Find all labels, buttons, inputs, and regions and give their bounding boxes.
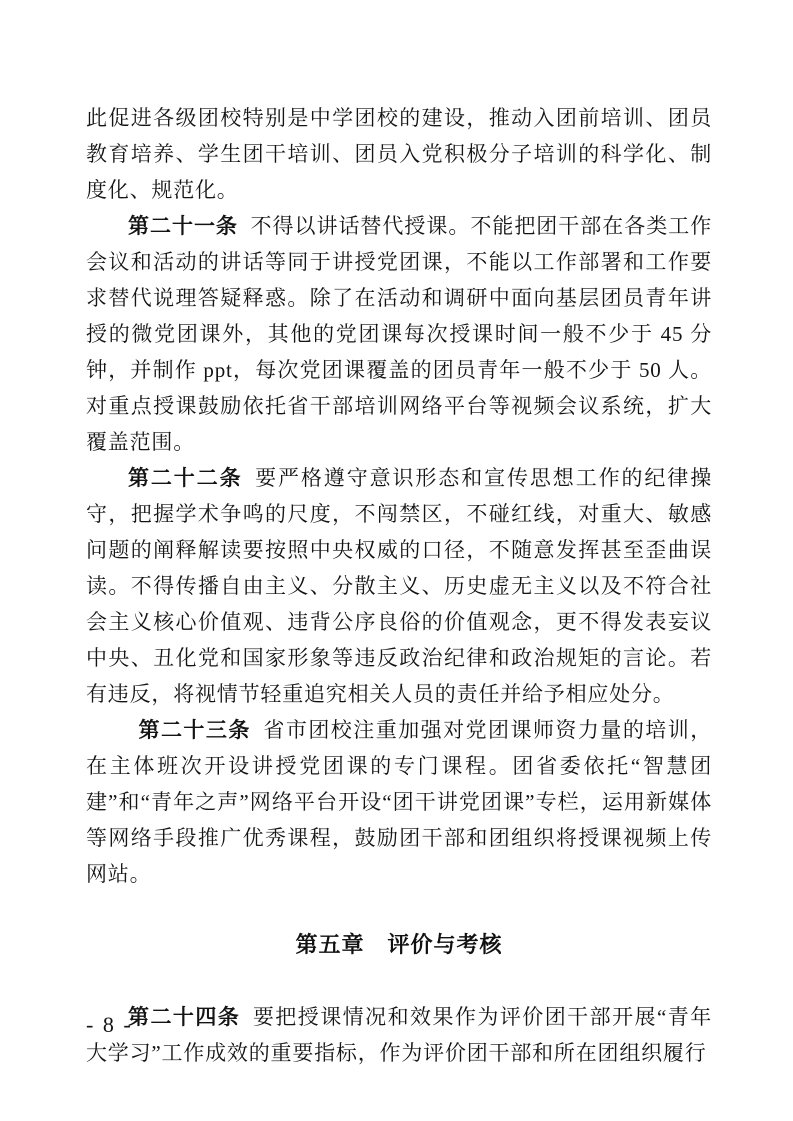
document-body: 此促进各级团校特别是中学团校的建设，推动入团前培训、团员教育培养、学生团干培训、… <box>86 100 712 1071</box>
paragraph-text: 省市团校注重加强对党团课师资力量的培训，在主体班次开设讲授党团课的专门课程。团省… <box>86 718 712 886</box>
article-number: 第二十一条 <box>128 214 238 238</box>
paragraph-article-22: 第二十二条要严格遵守意识形态和宣传思想工作的纪律操守，把握学术争鸣的尺度，不闯禁… <box>86 460 712 712</box>
article-number: 第二十二条 <box>128 466 243 490</box>
paragraph-article-21: 第二十一条不得以讲话替代授课。不能把团干部在各类工作会议和活动的讲话等同于讲授党… <box>86 208 712 460</box>
paragraph-text: 要严格遵守意识形态和宣传思想工作的纪律操守，把握学术争鸣的尺度，不闯禁区，不碰红… <box>86 466 712 706</box>
paragraph-continuation: 此促进各级团校特别是中学团校的建设，推动入团前培训、团员教育培养、学生团干培训、… <box>86 100 712 208</box>
article-number: 第二十三条 <box>139 718 251 742</box>
paragraph-text: 不得以讲话替代授课。不能把团干部在各类工作会议和活动的讲话等同于讲授党团课，不能… <box>86 214 712 454</box>
paragraph-article-24: 第二十四条要把授课情况和效果作为评价团干部开展“青年大学习”工作成效的重要指标，… <box>86 999 712 1071</box>
document-page: 此促进各级团校特别是中学团校的建设，推动入团前培训、团员教育培养、学生团干培训、… <box>0 0 793 1121</box>
chapter-heading: 第五章 评价与考核 <box>86 927 712 963</box>
paragraph-article-23: 第二十三条省市团校注重加强对党团课师资力量的培训，在主体班次开设讲授党团课的专门… <box>86 712 712 892</box>
paragraph-text: 此促进各级团校特别是中学团校的建设，推动入团前培训、团员教育培养、学生团干培训、… <box>86 106 712 202</box>
article-number: 第二十四条 <box>128 1005 240 1029</box>
page-number: - 8 - <box>86 1010 133 1040</box>
